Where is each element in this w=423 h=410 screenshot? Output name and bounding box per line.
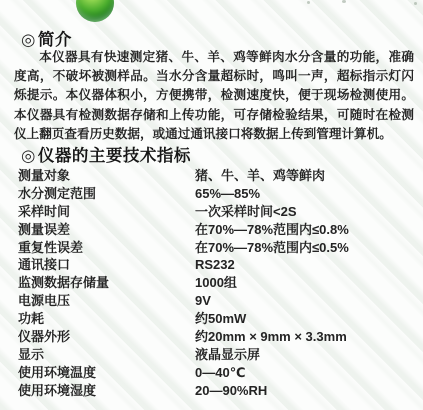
bullseye-bullet-icon: ◎: [21, 31, 36, 49]
spec-label: 监测数据存储量: [18, 274, 195, 292]
spec-value: 0—40℃: [195, 364, 423, 382]
spec-row: 测量误差 在70%—78%范围内≤0.8%: [18, 221, 423, 239]
intro-section-title: ◎简介: [21, 26, 72, 50]
spec-label: 测量对象: [18, 167, 195, 185]
spec-row: 使用环境湿度 20—90%RH: [18, 382, 423, 400]
spec-value: 1000组: [195, 274, 423, 292]
spec-row: 仪器外形 约20mm × 9mm × 3.3mm: [18, 328, 423, 346]
spec-label: 仪器外形: [18, 328, 195, 346]
spec-row: 采样时间 一次采样时间<2S: [18, 203, 423, 221]
spec-row: 重复性误差 在70%—78%范围内≤0.5%: [18, 239, 423, 257]
intro-title-text: 简介: [38, 31, 72, 49]
spec-label: 使用环境温度: [18, 364, 195, 382]
scan-speck: [307, 1, 310, 4]
spec-value: 液晶显示屏: [195, 346, 423, 364]
spec-row: 测量对象 猪、牛、羊、鸡等鲜肉: [18, 167, 423, 185]
spec-value: 9V: [195, 292, 423, 310]
manual-page: ◎简介 本仪器具有快速测定猪、牛、羊、鸡等鲜肉水分含量的功能，准确度高，不破坏被…: [0, 0, 423, 410]
bullseye-bullet-icon: ◎: [21, 147, 36, 165]
spec-value: 65%—85%: [195, 185, 423, 203]
spec-value: 20—90%RH: [195, 382, 423, 400]
specs-table: 测量对象 猪、牛、羊、鸡等鲜肉 水分测定范围 65%—85% 采样时间 一次采样…: [18, 167, 423, 400]
spec-label: 水分测定范围: [18, 185, 195, 203]
spec-label: 显示: [18, 346, 195, 364]
spec-value: 在70%—78%范围内≤0.8%: [195, 221, 423, 239]
spec-label: 采样时间: [18, 203, 195, 221]
spec-label: 使用环境湿度: [18, 382, 195, 400]
spec-value: 约20mm × 9mm × 3.3mm: [195, 328, 423, 346]
spec-row: 功耗 约50mW: [18, 310, 423, 328]
spec-value: 在70%—78%范围内≤0.5%: [195, 239, 423, 257]
specs-section-title: ◎仪器的主要技术指标: [21, 142, 191, 166]
spec-value: RS232: [195, 256, 423, 274]
spec-row: 通讯接口 RS232: [18, 256, 423, 274]
spec-value: 一次采样时间<2S: [195, 203, 423, 221]
spec-row: 使用环境温度 0—40℃: [18, 364, 423, 382]
scan-speck: [414, 2, 417, 5]
spec-label: 测量误差: [18, 221, 195, 239]
spec-label: 功耗: [18, 310, 195, 328]
spec-label: 电源电压: [18, 292, 195, 310]
green-sphere-logo-icon: [76, 0, 114, 22]
spec-row: 监测数据存储量 1000组: [18, 274, 423, 292]
spec-row: 显示 液晶显示屏: [18, 346, 423, 364]
spec-value: 约50mW: [195, 310, 423, 328]
intro-paragraph: 本仪器具有快速测定猪、牛、羊、鸡等鲜肉水分含量的功能，准确度高，不破坏被测样品。…: [14, 48, 414, 144]
spec-row: 水分测定范围 65%—85%: [18, 185, 423, 203]
scan-speck: [342, 0, 346, 3]
spec-label: 通讯接口: [18, 256, 195, 274]
spec-label: 重复性误差: [18, 239, 195, 257]
spec-value: 猪、牛、羊、鸡等鲜肉: [195, 167, 423, 185]
specs-title-text: 仪器的主要技术指标: [38, 147, 191, 165]
spec-row: 电源电压 9V: [18, 292, 423, 310]
